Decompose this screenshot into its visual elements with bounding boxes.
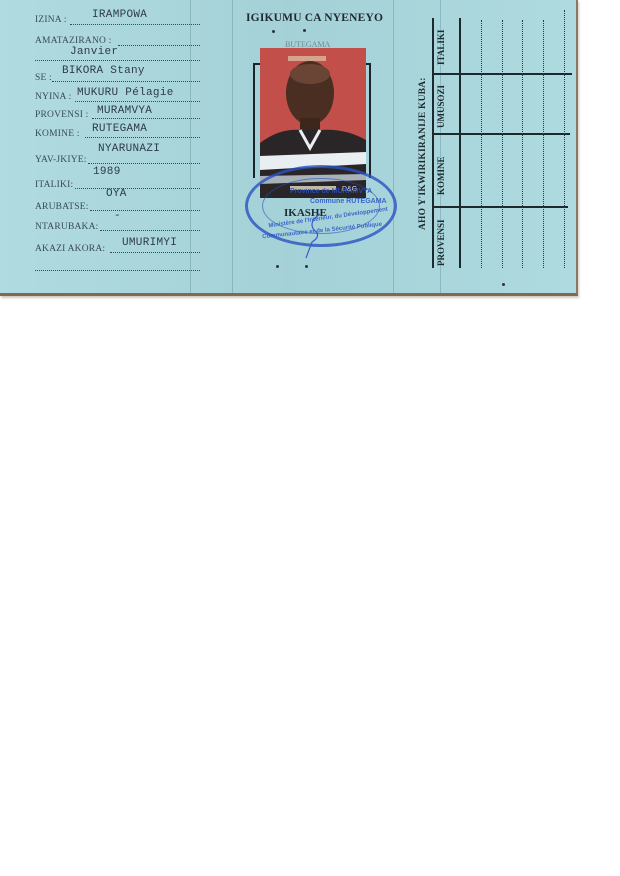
dotted-line xyxy=(35,60,200,61)
field-label-se: SE : xyxy=(35,73,52,83)
field-label-arubatse: ARUBATSE: xyxy=(35,202,89,212)
dotted-line xyxy=(85,137,200,138)
personal-details-panel: IZINA : IRAMPOWA AMATAZIRANO : Janvier S… xyxy=(0,0,225,296)
field-value-italiki: 1989 xyxy=(93,166,121,178)
dotted-entry-column xyxy=(543,20,544,268)
residence-history-title: AHO Y'IKWIRIKIRANIJE KUBA: xyxy=(418,77,428,230)
staple-hole xyxy=(276,265,279,268)
field-label-akazi-akora: AKAZI AKORA: xyxy=(35,244,105,254)
fingerprint-title: IGIKUMU CA NYENEYO xyxy=(246,12,383,24)
stamp-text-province: Province de MURAMVYA xyxy=(290,188,372,195)
staple-hole xyxy=(502,283,505,286)
field-value-amatazirano: Janvier xyxy=(70,46,118,58)
field-label-nyina: NYINA : xyxy=(35,92,72,102)
staple-hole xyxy=(305,265,308,268)
field-value-se: BIKORA Stany xyxy=(62,65,145,77)
dotted-line xyxy=(100,230,200,231)
fold-line xyxy=(232,0,233,293)
dotted-entry-column xyxy=(522,20,523,268)
field-label-izina: IZINA : xyxy=(35,15,67,25)
field-label-komine: KOMINE : xyxy=(35,129,80,139)
dotted-line xyxy=(52,81,200,82)
field-label-yav-jkiye: YAV-JKIYE: xyxy=(35,155,87,165)
field-value-izina: IRAMPOWA xyxy=(92,9,147,21)
table-border xyxy=(432,18,434,268)
column-header-provensi: PROVENSI xyxy=(436,219,446,266)
dotted-line xyxy=(75,188,200,189)
field-value-arubatse: OYA xyxy=(106,188,127,200)
column-header-komine: KOMINE xyxy=(436,156,446,195)
dotted-entry-column xyxy=(564,10,565,268)
table-row-divider xyxy=(432,133,570,135)
field-label-italiki: ITALIKI: xyxy=(35,180,73,190)
dotted-line xyxy=(90,210,200,211)
stamp-text-commune: Commune RUTEGAMA xyxy=(310,198,387,205)
field-label-provensi: PROVENSI : xyxy=(35,110,88,120)
fold-line xyxy=(393,0,394,293)
field-value-akazi-akora: UMURIMYI xyxy=(122,237,177,249)
staple-hole xyxy=(272,30,275,33)
field-value-nyina: MUKURU Pélagie xyxy=(77,87,174,99)
dotted-line xyxy=(35,270,200,271)
field-label-ntarubaka: NTARUBAKA: xyxy=(35,222,99,232)
dotted-line xyxy=(92,118,200,119)
field-value-provensi: MURAMVYA xyxy=(97,105,152,117)
field-value-yav-jkiye: NYARUNAZI xyxy=(98,143,160,155)
dotted-entry-column xyxy=(502,20,503,268)
dotted-line xyxy=(88,163,200,164)
field-value-ntarubaka: - xyxy=(114,210,121,222)
id-card: IZINA : IRAMPOWA AMATAZIRANO : Janvier S… xyxy=(0,0,578,296)
field-label-amatazirano: AMATAZIRANO : xyxy=(35,36,112,46)
signature-icon xyxy=(300,212,330,262)
column-header-umusozi: UMUSOZI xyxy=(436,85,446,128)
dotted-line xyxy=(75,101,200,102)
field-value-komine: RUTEGAMA xyxy=(92,123,147,135)
dotted-line xyxy=(110,252,200,253)
staple-hole xyxy=(303,29,306,32)
table-border xyxy=(459,18,461,268)
dotted-line xyxy=(118,45,200,46)
dotted-line xyxy=(70,24,200,25)
column-header-italiki: ITALIKI xyxy=(436,30,446,65)
dotted-entry-column xyxy=(481,20,482,268)
table-row-divider xyxy=(432,206,568,208)
